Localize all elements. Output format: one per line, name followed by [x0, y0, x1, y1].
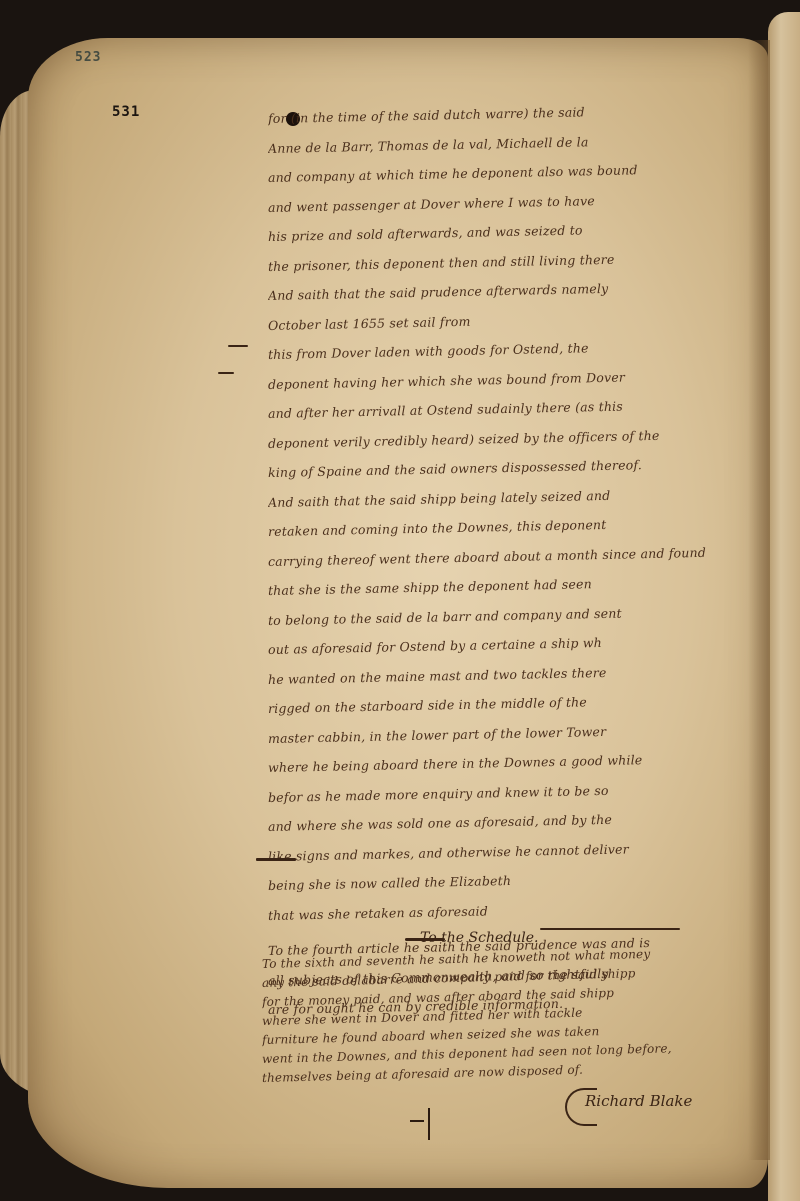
end-mark-dash: [410, 1120, 424, 1122]
signature: Richard Blake: [585, 1092, 692, 1110]
old-folio-number: 523: [75, 50, 101, 65]
schedule-text: To the sixth and seventh he saith he kno…: [262, 955, 772, 1088]
facing-page-edge: [768, 12, 800, 1201]
section-heading: To the Schedule.: [420, 930, 538, 946]
deposition-text: for (in the time of the said dutch warre…: [268, 104, 768, 1025]
heading-rule-right: [540, 928, 680, 930]
margin-mark: [256, 858, 296, 861]
margin-mark: [218, 372, 234, 374]
margin-mark: [228, 345, 248, 347]
folio-number: 531: [112, 104, 140, 120]
end-mark-bar: [428, 1108, 430, 1140]
